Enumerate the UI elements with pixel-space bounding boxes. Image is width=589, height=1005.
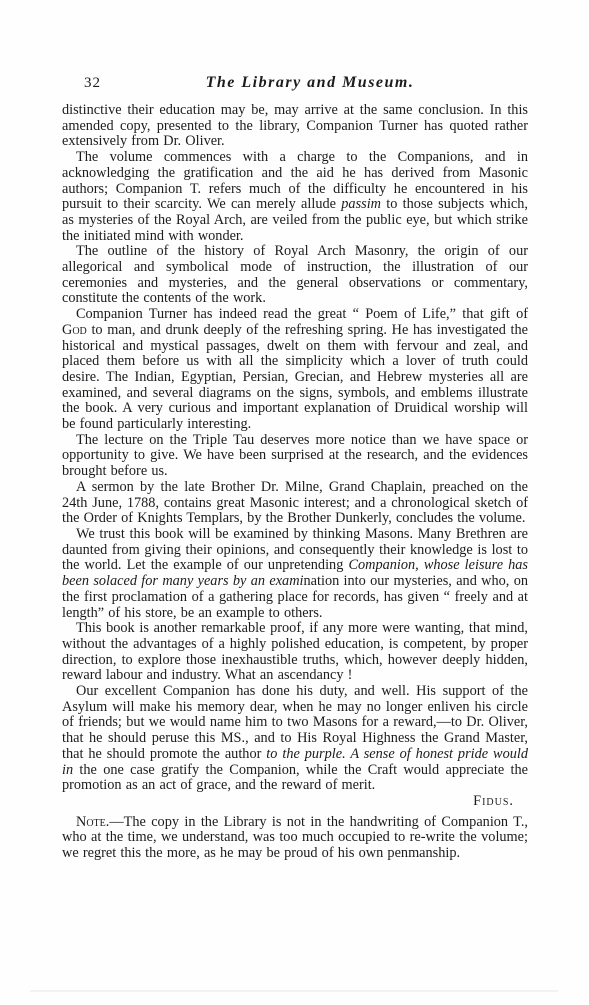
book-page: 32 The Library and Museum. distinctive t… (0, 0, 589, 1005)
paragraph: Our excellent Companion has done his dut… (62, 684, 528, 794)
scan-artifact-line (30, 990, 558, 992)
page-number: 32 (84, 75, 101, 92)
footnote: Note.—The copy in the Library is not in … (62, 815, 528, 862)
body-paragraphs: distinctive their education may be, may … (62, 103, 528, 794)
text-run: .—The copy in the Library is not in the … (62, 814, 528, 861)
text-run: Note (76, 814, 106, 830)
paragraph: We trust this book will be examined by t… (62, 527, 528, 621)
text-run: The lecture on the Triple Tau deserves m… (62, 432, 528, 479)
text-run: passim (341, 196, 381, 212)
paragraph: This book is another remarkable proof, i… (62, 621, 528, 684)
page-header: 32 The Library and Museum. (62, 74, 528, 96)
signature: Fidus. (62, 794, 528, 810)
text-run: to man, and drunk deeply of the refreshi… (62, 322, 528, 432)
paragraph: Companion Turner has indeed read the gre… (62, 307, 528, 433)
text-run: A sermon by the late Brother Dr. Milne, … (62, 479, 528, 526)
text-run: Companion Turner has indeed read the gre… (76, 306, 528, 322)
running-title: The Library and Museum. (62, 74, 528, 92)
text-run: This book is another remarkable proof, i… (62, 620, 528, 683)
paragraph: A sermon by the late Brother Dr. Milne, … (62, 480, 528, 527)
paragraph: The volume commences with a charge to th… (62, 150, 528, 244)
text-run: The outline of the history of Royal Arch… (62, 243, 528, 306)
text-run: God (62, 322, 87, 338)
page-body: distinctive their education may be, may … (62, 103, 528, 862)
paragraph: The lecture on the Triple Tau deserves m… (62, 433, 528, 480)
paragraph: The outline of the history of Royal Arch… (62, 244, 528, 307)
paragraph: distinctive their education may be, may … (62, 103, 528, 150)
text-run: the one case gratify the Companion, whil… (62, 762, 528, 794)
text-run: distinctive their education may be, may … (62, 102, 528, 149)
